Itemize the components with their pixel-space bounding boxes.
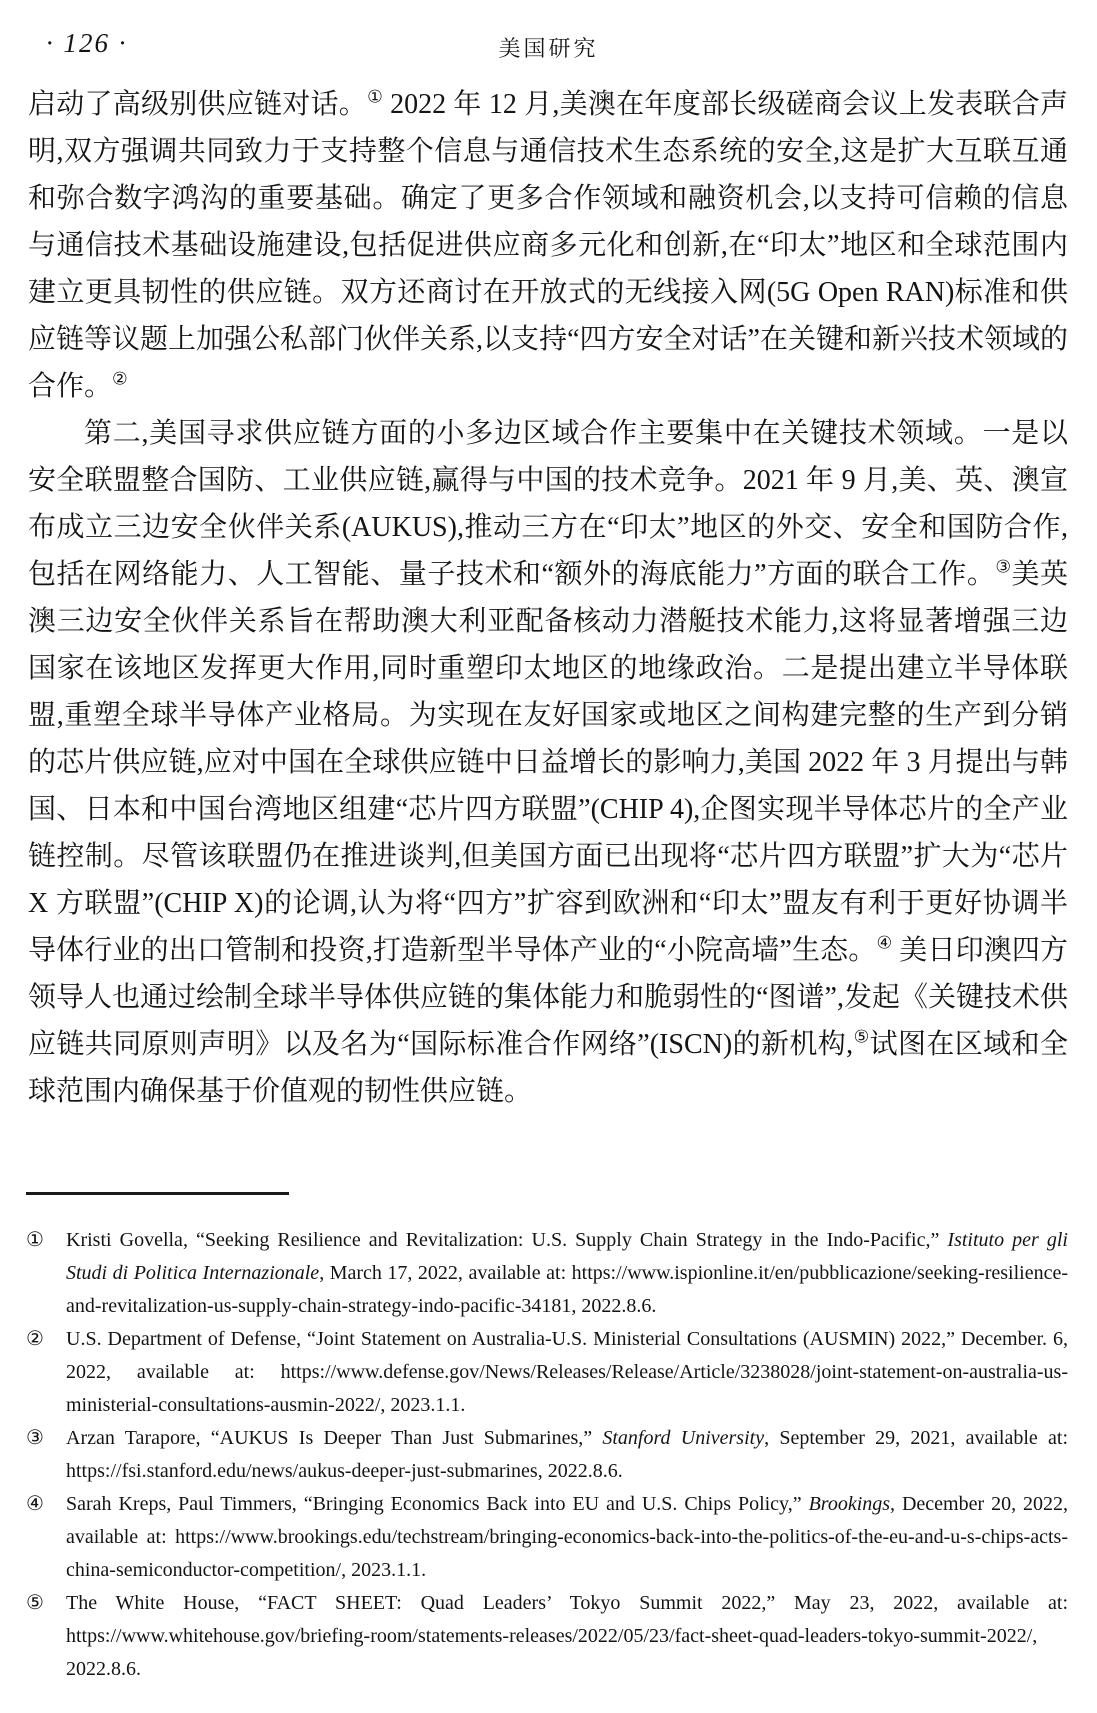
footnote-marker-2: ② <box>26 1323 60 1356</box>
footnote-marker-1: ① <box>26 1224 60 1257</box>
footnote-ref-4: ④ <box>876 934 892 953</box>
footnote-text-4: Sarah Kreps, Paul Timmers, “Bringing Eco… <box>66 1493 1068 1581</box>
paragraph-2: 第二,美国寻求供应链方面的小多边区域合作主要集中在关键技术领域。一是以安全联盟整… <box>28 410 1068 1115</box>
footnote-source-italic: Stanford University <box>602 1427 764 1449</box>
paragraph-2-text: 第二,美国寻求供应链方面的小多边区域合作主要集中在关键技术领域。一是以安全联盟整… <box>28 418 1068 590</box>
footnote-marker-3: ③ <box>26 1422 60 1455</box>
paragraph-1: 启动了高级别供应链对话。① 2022 年 12 月,美澳在年度部长级磋商会议上发… <box>28 81 1068 410</box>
paragraph-1-text: 2022 年 12 月,美澳在年度部长级磋商会议上发表联合声明,双方强调共同致力… <box>28 89 1068 402</box>
footnote-text-2: U.S. Department of Defense, “Joint State… <box>66 1328 1068 1416</box>
footnote-citation: Arzan Tarapore, “AUKUS Is Deeper Than Ju… <box>66 1427 602 1449</box>
footnote-text-5: The White House, “FACT SHEET: Quad Leade… <box>66 1592 1068 1680</box>
footnote-separator <box>26 1192 289 1195</box>
footnote-marker-4: ④ <box>26 1488 60 1521</box>
paragraph-2-text: 美英澳三边安全伙伴关系旨在帮助澳大利亚配备核动力潜艇技术能力,这将显著增强三边国… <box>28 559 1068 966</box>
footnote-text-1: Kristi Govella, “Seeking Resilience and … <box>66 1229 1068 1317</box>
footnote-ref-5: ⑤ <box>853 1028 869 1047</box>
article-body: 启动了高级别供应链对话。① 2022 年 12 月,美澳在年度部长级磋商会议上发… <box>28 81 1068 1115</box>
journal-title: 美国研究 <box>46 32 1051 63</box>
footnote-item-5: ⑤ The White House, “FACT SHEET: Quad Lea… <box>26 1587 1068 1686</box>
footnote-item-2: ② U.S. Department of Defense, “Joint Sta… <box>26 1323 1068 1422</box>
footnote-source-italic: Brookings <box>809 1493 890 1515</box>
footnotes-list: ① Kristi Govella, “Seeking Resilience an… <box>26 1224 1068 1686</box>
footnote-item-1: ① Kristi Govella, “Seeking Resilience an… <box>26 1224 1068 1323</box>
footnote-citation: Kristi Govella, “Seeking Resilience and … <box>66 1229 947 1251</box>
footnote-item-4: ④ Sarah Kreps, Paul Timmers, “Bringing E… <box>26 1488 1068 1587</box>
footnote-citation: Sarah Kreps, Paul Timmers, “Bringing Eco… <box>66 1493 809 1515</box>
paragraph-1-text: 启动了高级别供应链对话。 <box>28 89 367 120</box>
footnote-item-3: ③ Arzan Tarapore, “AUKUS Is Deeper Than … <box>26 1422 1068 1488</box>
footnote-text-3: Arzan Tarapore, “AUKUS Is Deeper Than Ju… <box>66 1427 1068 1482</box>
footnote-marker-5: ⑤ <box>26 1587 60 1620</box>
footnote-citation: U.S. Department of Defense, “Joint State… <box>66 1328 1068 1416</box>
footnote-ref-2: ② <box>112 370 128 389</box>
journal-page: · 126 · 美国研究 启动了高级别供应链对话。① 2022 年 12 月,美… <box>0 0 1097 1713</box>
footnote-ref-1: ① <box>367 88 383 107</box>
running-head: · 126 · 美国研究 <box>46 28 1051 58</box>
footnote-citation: The White House, “FACT SHEET: Quad Leade… <box>66 1592 1068 1680</box>
footnote-ref-3: ③ <box>995 558 1011 577</box>
